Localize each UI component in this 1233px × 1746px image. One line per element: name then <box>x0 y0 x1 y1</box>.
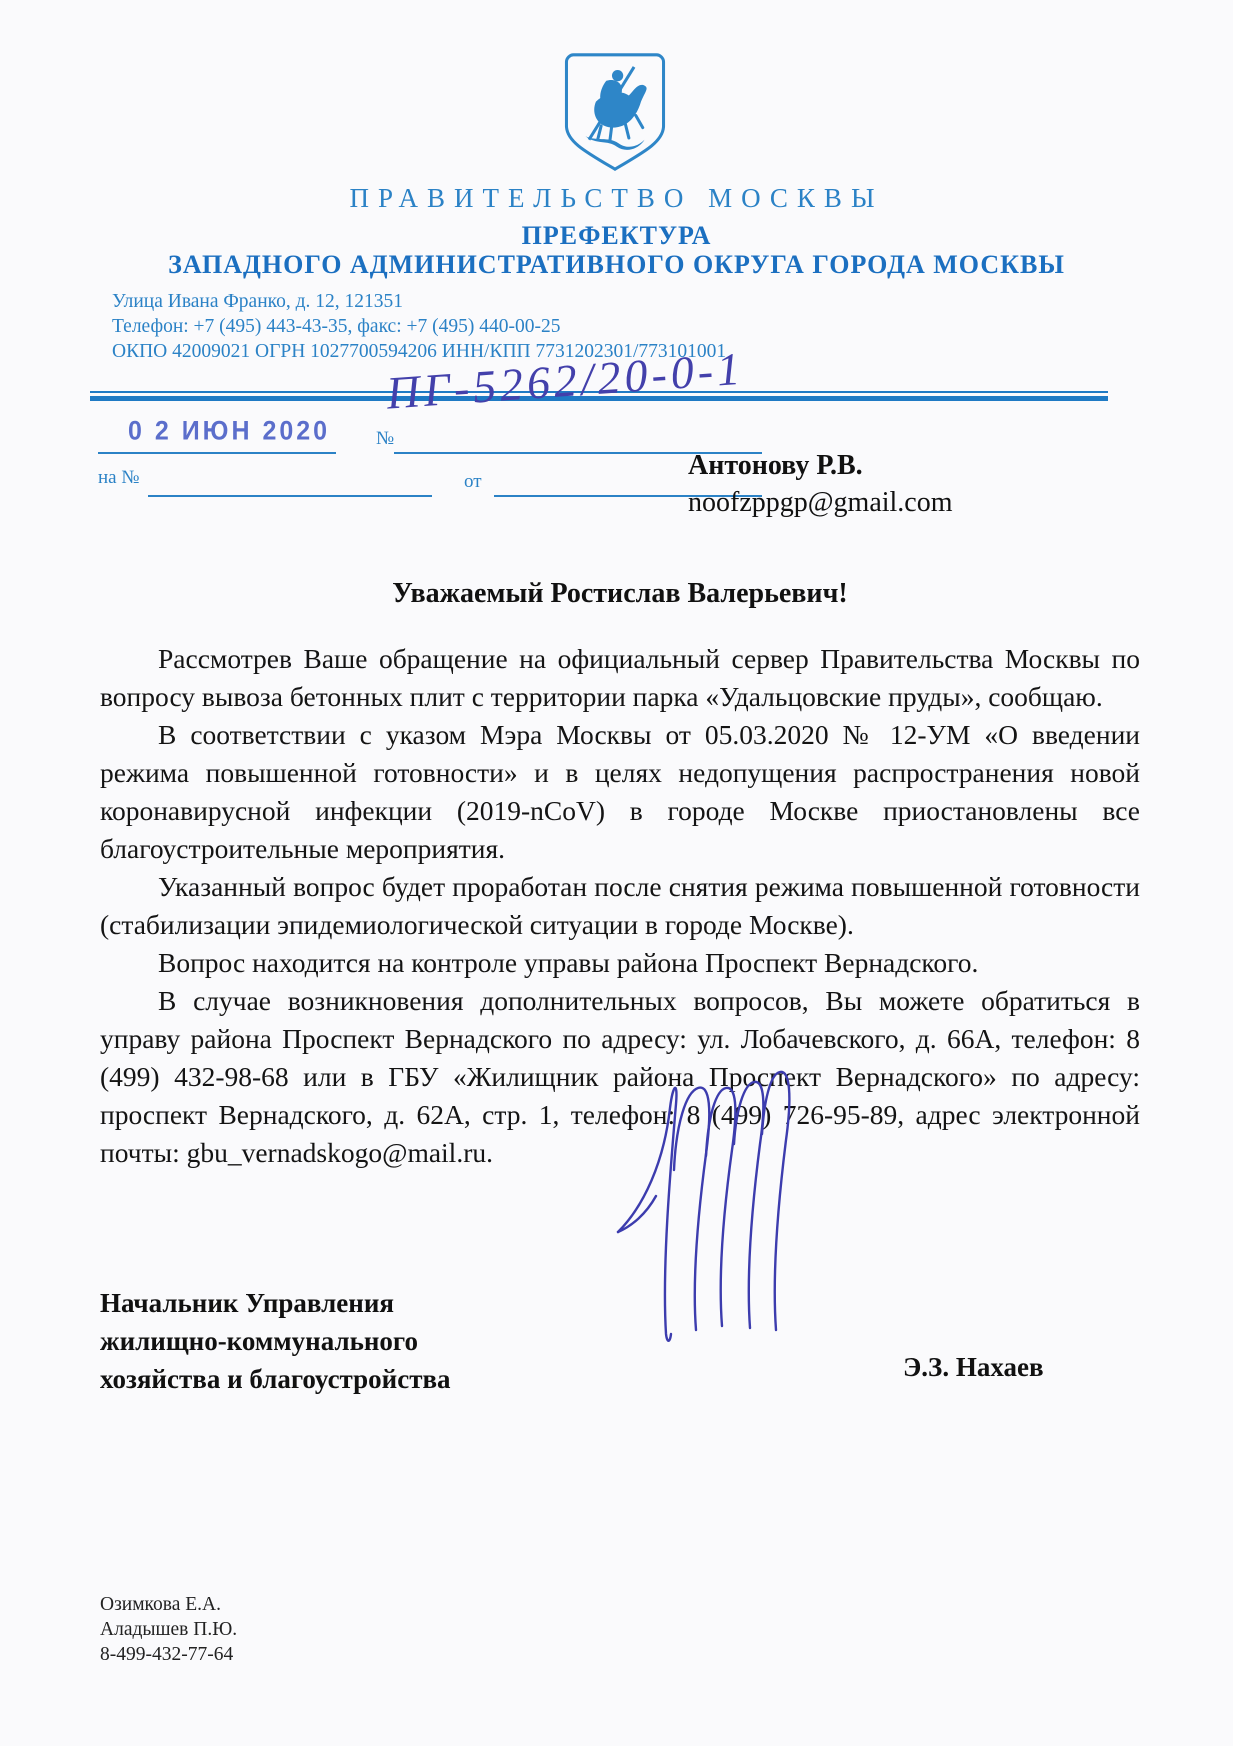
prefecture-title: ПРЕФЕКТУРА <box>0 221 1233 251</box>
signer-position: Начальник Управления жилищно-коммунально… <box>100 1284 451 1398</box>
district-title: ЗАПАДНОГО АДМИНИСТРАТИВНОГО ОКРУГА ГОРОД… <box>0 250 1233 280</box>
executor-name: Аладышев П.Ю. <box>100 1617 237 1642</box>
salutation: Уважаемый Ростислав Валерьевич! <box>100 578 1140 610</box>
letterhead-address: Улица Ивана Франко, д. 12, 121351 <box>112 289 726 314</box>
government-title: ПРАВИТЕЛЬСТВО МОСКВЫ <box>0 183 1233 214</box>
body-paragraph: Вопрос находится на контроле управы райо… <box>100 944 1140 982</box>
body-paragraph: В соответствии с указом Мэра Москвы от 0… <box>100 716 1140 868</box>
letterhead-phone-fax: Телефон: +7 (495) 443-43-35, факс: +7 (4… <box>112 314 726 339</box>
signer-position-line: Начальник Управления <box>100 1284 451 1322</box>
executor-phone: 8-499-432-77-64 <box>100 1642 237 1667</box>
signer-position-line: хозяйства и благоустройства <box>100 1360 451 1398</box>
number-label: № <box>376 428 394 450</box>
body-paragraph: Указанный вопрос будет проработан после … <box>100 868 1140 944</box>
from-label: от <box>464 471 482 493</box>
recipient-email: noofzppgp@gmail.com <box>688 487 953 519</box>
recipient-name: Антонову Р.В. <box>688 450 863 482</box>
signer-name: Э.З. Нахаев <box>903 1352 1044 1383</box>
signer-position-line: жилищно-коммунального <box>100 1322 451 1360</box>
scanned-letter-page: ПРАВИТЕЛЬСТВО МОСКВЫ ПРЕФЕКТУРА ЗАПАДНОГ… <box>0 0 1233 1746</box>
executor-name: Озимкова Е.А. <box>100 1592 237 1617</box>
body-paragraph: Рассмотрев Ваше обращение на официальный… <box>100 640 1140 716</box>
incoming-date-stamp: 0 2 ИЮН 2020 <box>128 416 330 447</box>
moscow-coat-of-arms-icon <box>563 50 667 174</box>
reply-to-underline <box>148 495 432 497</box>
date-underline <box>98 452 336 454</box>
handwritten-signature <box>612 1056 826 1348</box>
reply-to-label: на № <box>98 467 139 489</box>
executor-block: Озимкова Е.А. Аладышев П.Ю. 8-499-432-77… <box>100 1592 237 1667</box>
